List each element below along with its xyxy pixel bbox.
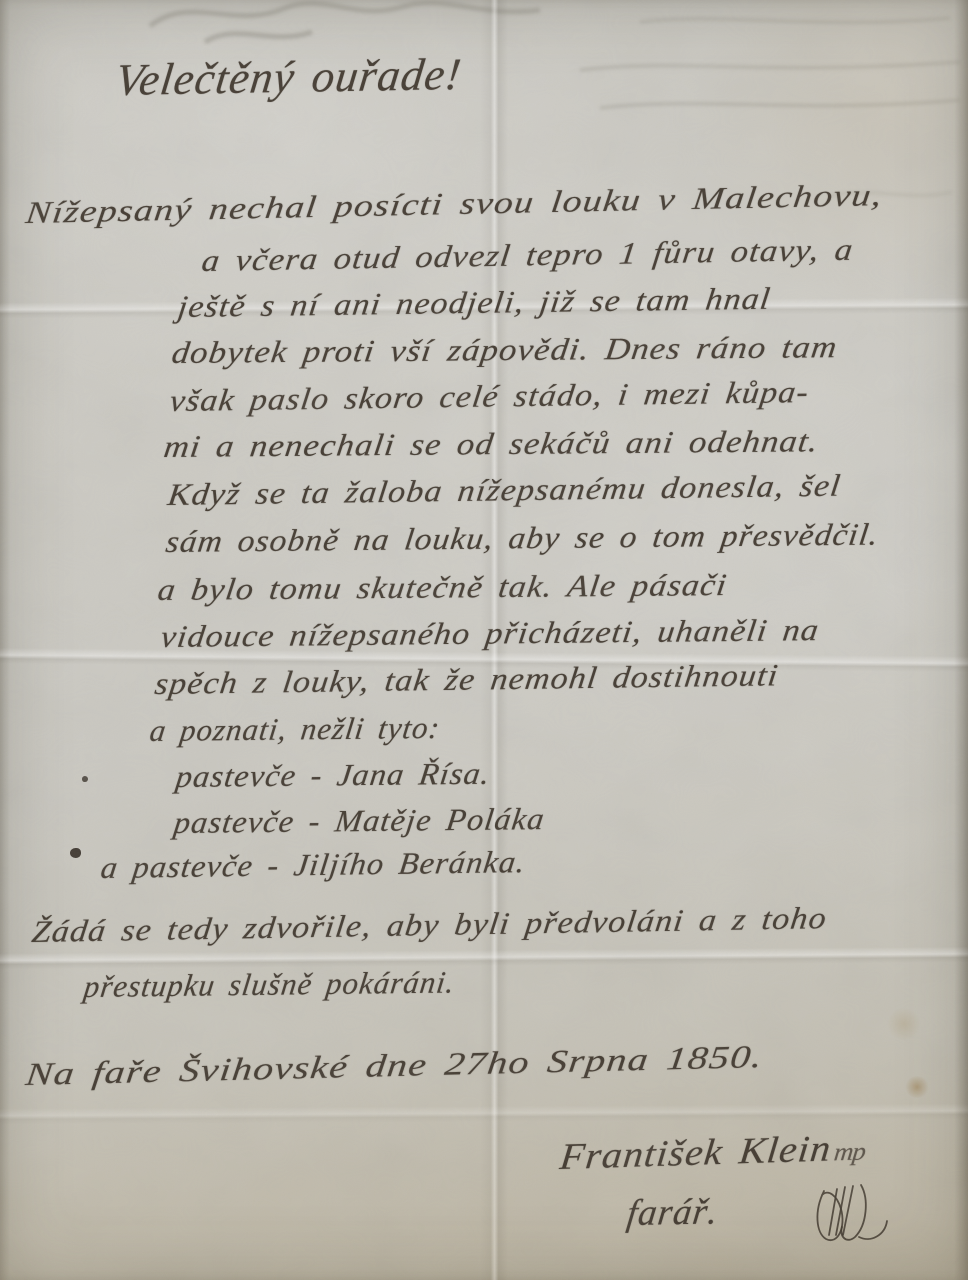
paper-discoloration [690, 0, 968, 320]
letter-salutation: Velečtěný ouřade! [113, 50, 465, 106]
signature-name: František Kleinmp [558, 1128, 868, 1178]
signature-title: farář. [624, 1192, 720, 1234]
letter-body-line: Když se ta žaloba nížepsanému donesla, š… [166, 469, 843, 513]
paper-crease-horizontal [0, 947, 968, 970]
stain [886, 1008, 922, 1040]
signature-name-text: František Klein [558, 1128, 834, 1178]
letter-dateline: Na faře Švihovské dne 27ho Srpna 1850. [24, 1039, 765, 1092]
ink-dot [82, 776, 88, 782]
letter-body-line: a poznati, nežli tyto: [148, 711, 443, 748]
letter-body-line: Žádá se tedy zdvořile, aby byli předvolá… [30, 901, 829, 949]
ink-dot [70, 848, 81, 858]
letter-body-line: mi a nenechali se od sekáčů ani odehnat. [162, 424, 821, 464]
letter-body-line: a pastevče - Jiljího Beránka. [99, 845, 528, 885]
letter-body-line: Nížepsaný nechal posícti svou louku v Ma… [24, 178, 885, 230]
letter-body-line: však paslo skoro celé stádo, i mezi kůpa… [168, 375, 811, 418]
paper-edge-shadow [0, 0, 10, 1280]
letter-body-line: spěch z louky, tak že nemohl dostihnouti [153, 658, 781, 701]
paper: Velečtěný ouřade! Nížepsaný nechal posíc… [0, 0, 968, 1280]
paper-crease-horizontal [0, 1103, 968, 1124]
letter-body-line: a včera otud odvezl tepro 1 fůru otavy, … [200, 233, 856, 279]
letter-body-line: sám osobně na louku, aby se o tom přesvě… [164, 518, 881, 560]
signature-flourish [808, 1175, 904, 1251]
letter-body-line: dobytek proti vší zápovědi. Dnes ráno ta… [170, 330, 840, 370]
letter-body-line: pastevče - Matěje Poláka [172, 802, 547, 840]
letter-body-line: a bylo tomu skutečně tak. Ale pásači [156, 568, 730, 607]
letter-body-line: ještě s ní ani neodjeli, již se tam hnal [176, 282, 773, 324]
signature-manu-propria-mark: mp [833, 1138, 867, 1166]
paper-edge-shadow [954, 0, 968, 1280]
letter-body-line: vidouce nížepsaného přicházeti, uhaněli … [159, 613, 822, 654]
letter-body-line: přestupku slušně pokáráni. [82, 965, 457, 1004]
letter-body-line: pastevče - Jana Řísa. [174, 757, 493, 794]
stain [905, 1076, 929, 1098]
